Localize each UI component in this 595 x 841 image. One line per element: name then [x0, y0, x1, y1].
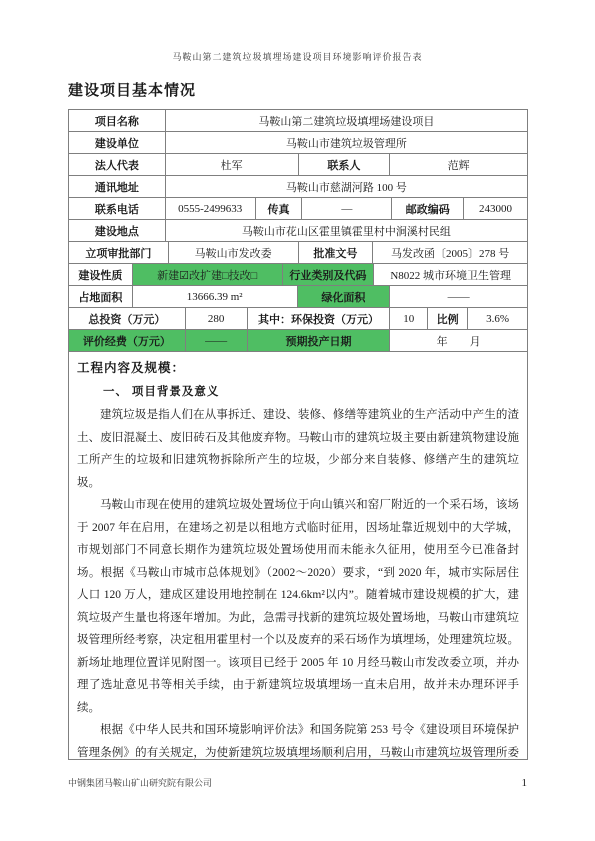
- contact-person-label: 联系人: [299, 154, 391, 176]
- eval-fee-label: 评价经费（万元）: [69, 330, 186, 352]
- construction-unit-value: 马鞍山市建筑垃圾管理所: [166, 132, 528, 154]
- env-investment-label: 其中：环保投资（万元）: [248, 308, 391, 330]
- row-site-location: 建设地点 马鞍山市花山区霍里镇霍里村中涧溪村民组: [69, 220, 528, 242]
- phone-label: 联系电话: [69, 198, 166, 220]
- production-date-value: 年 月: [390, 330, 528, 352]
- row-legal-rep: 法人代表 杜军 联系人 范辉: [69, 154, 528, 176]
- production-date-label: 预期投产日期: [248, 330, 391, 352]
- postcode-label: 邮政编码: [392, 198, 464, 220]
- row-eval-fee: 评价经费（万元） —— 预期投产日期 年 月: [69, 330, 528, 352]
- row-approval: 立项审批部门 马鞍山市发改委 批准文号 马发改函〔2005〕278 号: [69, 242, 528, 264]
- contact-person-value: 范辉: [390, 154, 528, 176]
- site-location-label: 建设地点: [69, 220, 166, 242]
- approval-dept-value: 马鞍山市发改委: [169, 242, 299, 264]
- page-number: 1: [522, 777, 528, 789]
- legal-rep-label: 法人代表: [69, 154, 166, 176]
- nature-label: 建设性质: [69, 264, 133, 286]
- mail-address-label: 通讯地址: [69, 176, 166, 198]
- site-location-value: 马鞍山市花山区霍里镇霍里村中涧溪村民组: [166, 220, 528, 242]
- construction-unit-label: 建设单位: [69, 132, 166, 154]
- project-content-section: 工程内容及规模： 一、 项目背景及意义 建筑垃圾是指人们在从事拆迁、建设、装修、…: [68, 352, 528, 760]
- section-title: 建设项目基本情况: [68, 79, 595, 100]
- document-page: 马鞍山第二建筑垃圾填埋场建设项目环境影响评价报告表 建设项目基本情况 项目名称 …: [0, 0, 595, 841]
- ratio-value: 3.6%: [468, 308, 528, 330]
- row-contact: 联系电话 0555-2499633 传真 — 邮政编码 243000: [69, 198, 528, 220]
- green-area-value: ——: [390, 286, 528, 308]
- green-area-label: 绿化面积: [298, 286, 391, 308]
- row-mail-address: 通讯地址 马鞍山市慈湖河路 100 号: [69, 176, 528, 198]
- background-paragraph-3: 根据《中华人民共和国环境影响评价法》和国务院第 253 号令《建设项目环境保护管…: [77, 719, 519, 760]
- content-section-title: 工程内容及规模：: [77, 356, 519, 381]
- postcode-value: 243000: [464, 198, 528, 220]
- phone-value: 0555-2499633: [166, 198, 256, 220]
- total-investment-value: 280: [186, 308, 248, 330]
- background-paragraph-1: 建筑垃圾是指人们在从事拆迁、建设、装修、修缮等建筑业的生产活动中产生的渣土、废旧…: [77, 404, 519, 494]
- project-name-label: 项目名称: [69, 110, 166, 132]
- project-name-value: 马鞍山第二建筑垃圾填埋场建设项目: [166, 110, 528, 132]
- running-header: 马鞍山第二建筑垃圾填埋场建设项目环境影响评价报告表: [0, 0, 595, 63]
- row-investment: 总投资（万元） 280 其中：环保投资（万元） 10 比例 3.6%: [69, 308, 528, 330]
- industry-code-value: N8022 城市环境卫生管理: [374, 264, 528, 286]
- nature-checkboxes: 新建☑改扩建□技改□: [133, 264, 283, 286]
- page-footer: 中钢集团马鞍山矿山研究院有限公司 1: [68, 776, 527, 789]
- row-nature: 建设性质 新建☑改扩建□技改□ 行业类别及代码 N8022 城市环境卫生管理: [69, 264, 528, 286]
- legal-rep-value: 杜军: [166, 154, 299, 176]
- land-area-value: 13666.39 m²: [133, 286, 298, 308]
- approval-doc-label: 批准文号: [299, 242, 374, 264]
- background-paragraph-2: 马鞍山市现在使用的建筑垃圾处置场位于向山镇兴和窑厂附近的一个采石场，该场于 20…: [77, 494, 519, 719]
- row-construction-unit: 建设单位 马鞍山市建筑垃圾管理所: [69, 132, 528, 154]
- land-area-label: 占地面积: [69, 286, 133, 308]
- fax-value: —: [302, 198, 392, 220]
- ratio-label: 比例: [428, 308, 468, 330]
- mail-address-value: 马鞍山市慈湖河路 100 号: [166, 176, 528, 198]
- eval-fee-value: ——: [186, 330, 248, 352]
- total-investment-label: 总投资（万元）: [69, 308, 186, 330]
- footer-company: 中钢集团马鞍山矿山研究院有限公司: [68, 776, 212, 789]
- approval-dept-label: 立项审批部门: [69, 242, 169, 264]
- env-investment-value: 10: [390, 308, 428, 330]
- industry-code-label: 行业类别及代码: [283, 264, 375, 286]
- fax-label: 传真: [256, 198, 303, 220]
- basic-info-table: 项目名称 马鞍山第二建筑垃圾填埋场建设项目 建设单位 马鞍山市建筑垃圾管理所 法…: [68, 109, 528, 352]
- row-project-name: 项目名称 马鞍山第二建筑垃圾填埋场建设项目: [69, 110, 528, 132]
- row-area: 占地面积 13666.39 m² 绿化面积 ——: [69, 286, 528, 308]
- content-subsection-title: 一、 项目背景及意义: [77, 381, 519, 404]
- approval-doc-value: 马发改函〔2005〕278 号: [373, 242, 528, 264]
